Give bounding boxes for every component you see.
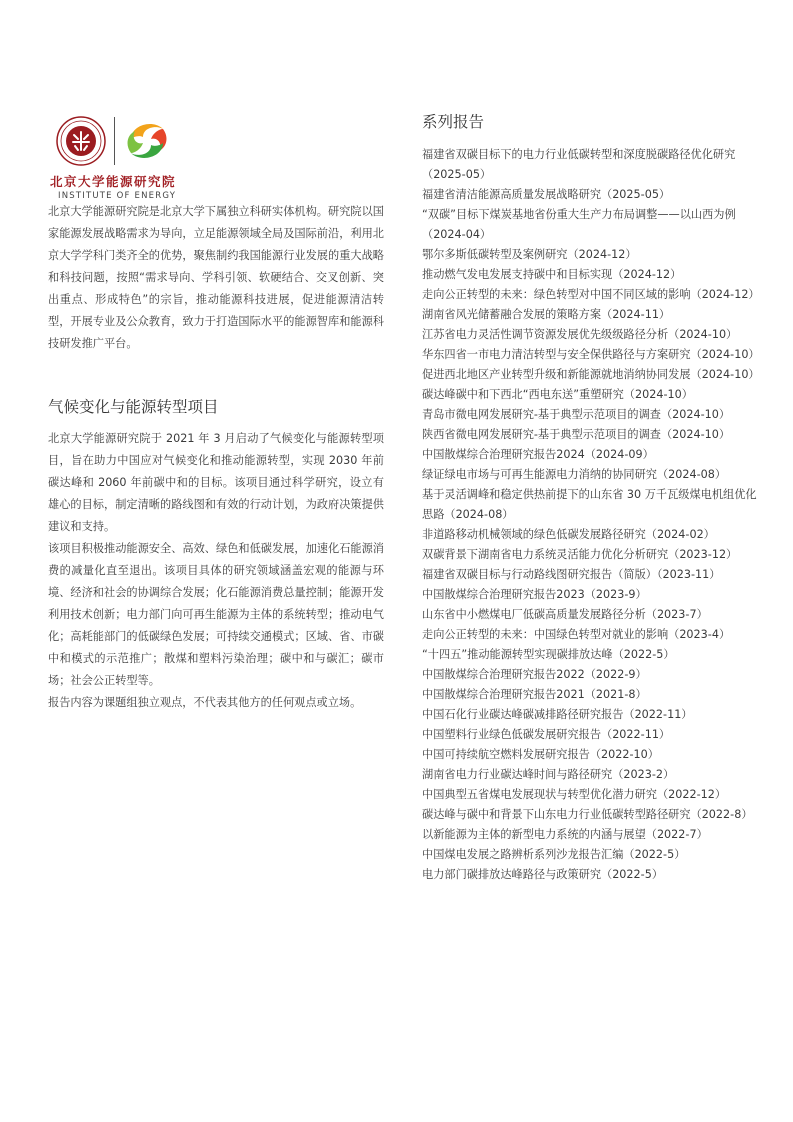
report-item: 绿证绿电市场与可再生能源电力消纳的协同研究（2024-08） (422, 465, 762, 485)
report-item: 走向公正转型的未来：绿色转型对中国不同区域的影响（2024-12） (422, 285, 762, 305)
report-item: “双碳”目标下煤炭基地省份重大生产力布局调整——以山西为例（2024-04） (422, 205, 762, 245)
project-title: 气候变化与能源转型项目 (48, 395, 384, 417)
report-item: 中国石化行业碳达峰碳减排路径研究报告（2022-11） (422, 705, 762, 725)
report-item: 福建省双碳目标下的电力行业低碳转型和深度脱碳路径优化研究（2025-05） (422, 145, 762, 185)
report-item: “十四五”推动能源转型实现碳排放达峰（2022-5） (422, 645, 762, 665)
institute-name-en: INSTITUTE OF ENERGY (58, 191, 384, 201)
report-item: 以新能源为主体的新型电力系统的内涵与展望（2022-7） (422, 825, 762, 845)
report-item: 江苏省电力灵活性调节资源发展优先级级路径分析（2024-10） (422, 325, 762, 345)
left-column: 北京大学能源研究院 INSTITUTE OF ENERGY 北京大学能源研究院是… (48, 110, 384, 714)
report-item: 中国可持续航空燃料发展研究报告（2022-10） (422, 745, 762, 765)
project-paragraph-2: 该项目积极推动能源安全、高效、绿色和低碳发展，加速化石能源消费的减量化直至退出。… (48, 538, 384, 692)
report-item: 中国散煤综合治理研究报告2023（2023-9） (422, 585, 762, 605)
logo-divider (114, 117, 115, 165)
report-item: 中国煤电发展之路辨析系列沙龙报告汇编（2022-5） (422, 845, 762, 865)
report-item: 非道路移动机械领域的绿色低碳发展路径研究（2024-02） (422, 525, 762, 545)
disclaimer: 报告内容为课题组独立观点，不代表其他方的任何观点或立场。 (48, 692, 384, 714)
right-column: 系列报告 福建省双碳目标下的电力行业低碳转型和深度脱碳路径优化研究（2025-0… (422, 110, 762, 885)
report-item: 碳达峰碳中和下西北“西电东送”重塑研究（2024-10） (422, 385, 762, 405)
report-item: 走向公正转型的未来：中国绿色转型对就业的影响（2023-4） (422, 625, 762, 645)
peking-university-seal-icon (56, 116, 106, 166)
report-item: 华东四省一市电力清洁转型与安全保供路径与方案研究（2024-10） (422, 345, 762, 365)
report-item: 双碳背景下湖南省电力系统灵活能力优化分析研究（2023-12） (422, 545, 762, 565)
report-item: 电力部门碳排放达峰路径与政策研究（2022-5） (422, 865, 762, 885)
report-item: 福建省双碳目标与行动路线图研究报告（简版）（2023-11） (422, 565, 762, 585)
report-item: 陕西省微电网发展研究-基于典型示范项目的调查（2024-10） (422, 425, 762, 445)
report-item: 碳达峰与碳中和背景下山东电力行业低碳转型路径研究（2022-8） (422, 805, 762, 825)
report-item: 山东省中小燃煤电厂低碳高质量发展路径分析（2023-7） (422, 605, 762, 625)
report-item: 推动燃气发电发展支持碳中和目标实现（2024-12） (422, 265, 762, 285)
institute-name-cn: 北京大学能源研究院 (50, 172, 384, 190)
report-item: 促进西北地区产业转型升级和新能源就地消纳协同发展（2024-10） (422, 365, 762, 385)
report-list: 福建省双碳目标下的电力行业低碳转型和深度脱碳路径优化研究（2025-05） 福建… (422, 145, 762, 885)
report-item: 基于灵活调峰和稳定供热前提下的山东省 30 万千瓦级煤电机组优化思路（2024-… (422, 485, 762, 525)
report-item: 中国塑料行业绿色低碳发展研究报告（2022-11） (422, 725, 762, 745)
institute-logo (56, 110, 384, 172)
report-item: 鄂尔多斯低碳转型及案例研究（2024-12） (422, 245, 762, 265)
report-item: 青岛市微电网发展研究-基于典型示范项目的调查（2024-10） (422, 405, 762, 425)
report-item: 中国散煤综合治理研究报告2022（2022-9） (422, 665, 762, 685)
report-item: 湖南省电力行业碳达峰时间与路径研究（2023-2） (422, 765, 762, 785)
series-title: 系列报告 (422, 110, 762, 132)
report-item: 中国典型五省煤电发展现状与转型优化潜力研究（2022-12） (422, 785, 762, 805)
intro-paragraph: 北京大学能源研究院是北京大学下属独立科研实体机构。研究院以国家能源发展战略需求为… (48, 201, 384, 355)
report-item: 中国散煤综合治理研究报告2021（2021-8） (422, 685, 762, 705)
report-item: 福建省清洁能源高质量发展战略研究（2025-05） (422, 185, 762, 205)
report-item: 湖南省风光储蓄融合发展的策略方案（2024-11） (422, 305, 762, 325)
energy-swirl-logo-icon (123, 117, 171, 165)
report-item: 中国散煤综合治理研究报告2024（2024-09） (422, 445, 762, 465)
project-paragraph-1: 北京大学能源研究院于 2021 年 3 月启动了气候变化与能源转型项目，旨在助力… (48, 428, 384, 538)
